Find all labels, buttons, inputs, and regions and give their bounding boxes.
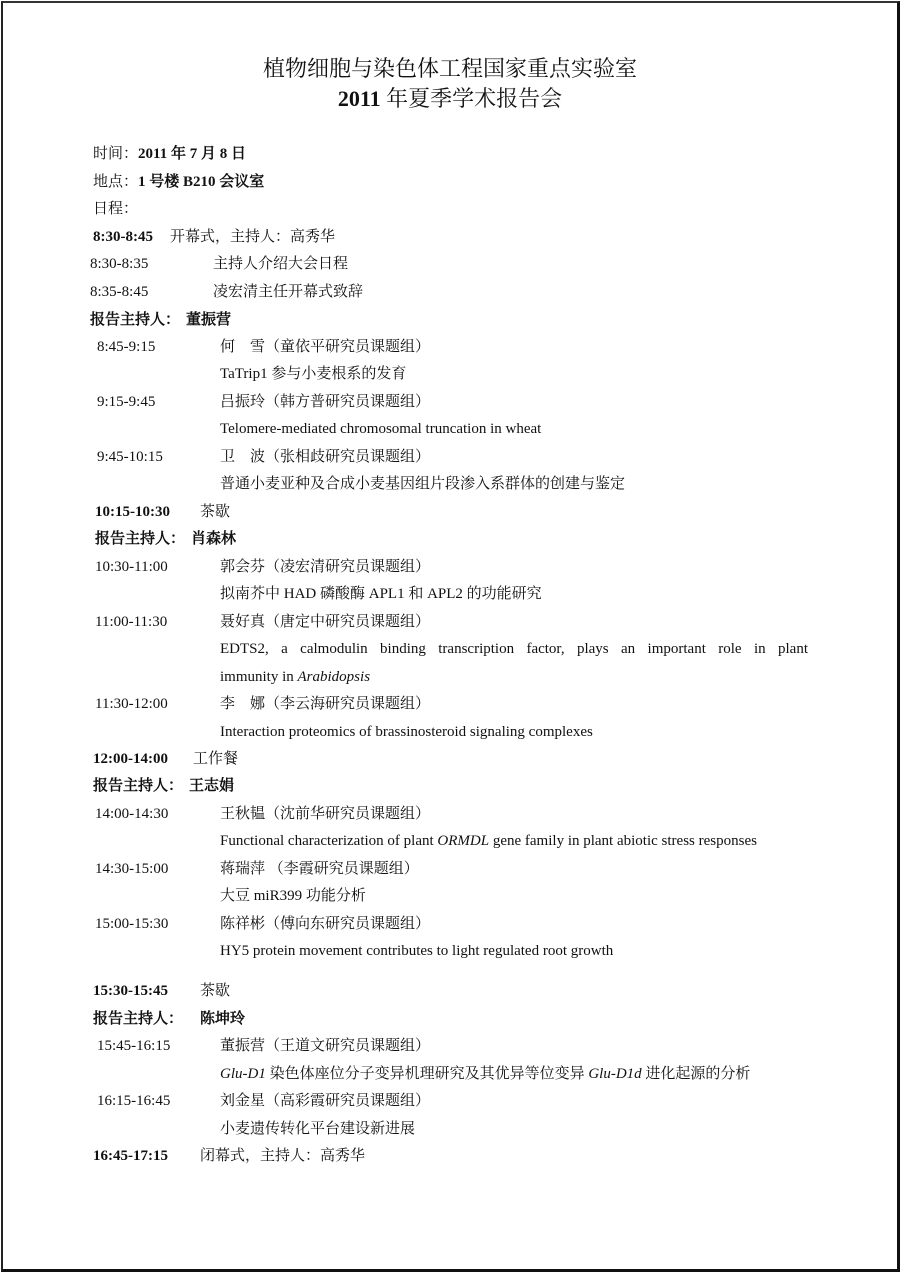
host-label: 报告主持人： [95,526,185,553]
break-row: 10:15-10:30 茶歇 [0,499,900,526]
talk-row: 10:30-11:00 郭会芬（凌宏清研究员课题组） [0,554,900,581]
schedule-line: 日程： [0,196,900,223]
subtitle-year: 2011 [338,86,381,111]
schedule-label: 日程： [93,196,138,223]
talk-row: 15:45-16:15 董振营（王道文研究员课题组） [0,1033,900,1060]
session-host-row: 报告主持人： 陈坤玲 [0,1006,900,1033]
talk-time: 9:15-9:45 [97,389,155,416]
talk-title-row: HY5 protein movement contributes to ligh… [0,938,900,965]
closing-time: 16:45-17:15 [93,1143,168,1170]
talk-speaker: 郭会芬（凌宏清研究员课题组） [220,554,430,581]
lunch-time: 12:00-14:00 [93,746,168,773]
host-label: 报告主持人： [93,1006,183,1033]
talk-time: 9:45-10:15 [97,444,163,471]
talk-title: 普通小麦亚种及合成小麦基因组片段渗入系群体的创建与鉴定 [220,471,625,498]
talk-speaker: 王秋韫（沈前华研究员课题组） [220,801,430,828]
talk-row: 8:45-9:15 何 雪（童依平研究员课题组） [0,334,900,361]
talk-time: 11:30-12:00 [95,691,168,718]
talk-time: 11:00-11:30 [95,609,167,636]
item-time: 8:30-8:35 [90,251,148,278]
title-text: 进化起源的分析 [642,1066,751,1082]
host-label: 报告主持人： [93,773,183,800]
talk-title-row: TaTrip1 参与小麦根系的发育 [0,361,900,388]
talk-speaker: 卫 波（张相歧研究员课题组） [220,444,430,471]
talk-speaker: 董振营（王道文研究员课题组） [220,1033,430,1060]
place-value: 1 号楼 B210 会议室 [138,174,264,190]
talk-time: 8:45-9:15 [97,334,155,361]
host-name: 董振营 [186,307,231,334]
break-time: 10:15-10:30 [95,499,170,526]
talk-row: 15:00-15:30 陈祥彬（傅向东研究员课题组） [0,911,900,938]
talk-row: 16:15-16:45 刘金星（高彩霞研究员课题组） [0,1088,900,1115]
item-time: 8:35-8:45 [90,279,148,306]
talk-row: 14:00-14:30 王秋韫（沈前华研究员课题组） [0,801,900,828]
talk-row: 11:00-11:30 聂好真（唐定中研究员课题组） [0,609,900,636]
subtitle-text: 年夏季学术报告会 [381,86,563,111]
host-name: 陈坤玲 [200,1006,245,1033]
document-title: 植物细胞与染色体工程国家重点实验室 [0,55,900,83]
talk-title-row: 小麦遗传转化平台建设新进展 [0,1116,900,1143]
document-subtitle: 2011 年夏季学术报告会 [0,85,900,113]
talk-speaker: 刘金星（高彩霞研究员课题组） [220,1088,430,1115]
place-line: 地点：1 号楼 B210 会议室 [0,169,900,196]
title-text: Functional characterization of plant [220,833,437,849]
closing-row: 16:45-17:15 闭幕式，主持人：高秀华 [0,1143,900,1170]
talk-time: 15:45-16:15 [97,1033,170,1060]
host-name: 王志娟 [189,773,234,800]
talk-row: 9:15-9:45 吕振玲（韩方普研究员课题组） [0,389,900,416]
talk-title-row: 拟南芥中 HAD 磷酸酶 APL1 和 APL2 的功能研究 [0,581,900,608]
break-row: 15:30-15:45 茶歇 [0,978,900,1005]
opening-time: 8:30-8:45 [93,224,153,251]
talk-title-row: Functional characterization of plant ORM… [0,828,900,855]
talk-time: 15:00-15:30 [95,911,168,938]
title-text: 染色体座位分子变异机理研究及其优异等位变异 [266,1066,589,1082]
opening-row: 8:30-8:45 开幕式，主持人：高秀华 [0,224,900,251]
schedule-row: 8:35-8:45 凌宏清主任开幕式致辞 [0,279,900,306]
break-text: 茶歇 [200,978,230,1005]
talk-title: HY5 protein movement contributes to ligh… [220,938,613,965]
talk-title-row: Telomere-mediated chromosomal truncation… [0,416,900,443]
talk-title-row: 大豆 miR399 功能分析 [0,883,900,910]
talk-title-row: 普通小麦亚种及合成小麦基因组片段渗入系群体的创建与鉴定 [0,471,900,498]
talk-time: 10:30-11:00 [95,554,168,581]
talk-speaker: 何 雪（童依平研究员课题组） [220,334,430,361]
schedule-row: 8:30-8:35 主持人介绍大会日程 [0,251,900,278]
title-text: gene family in plant abiotic stress resp… [489,833,757,849]
lunch-text: 工作餐 [193,746,238,773]
talk-title: 大豆 miR399 功能分析 [220,883,366,910]
date-value: 2011 年 7 月 8 日 [138,146,246,162]
lunch-row: 12:00-14:00 工作餐 [0,746,900,773]
place-label: 地点： [93,174,138,190]
session-host-row: 报告主持人： 董振营 [0,307,900,334]
talk-row: 9:45-10:15 卫 波（张相歧研究员课题组） [0,444,900,471]
talk-title: 小麦遗传转化平台建设新进展 [220,1116,415,1143]
talk-title-cont: immunity in Arabidopsis [220,664,370,691]
title-italic: Glu-D1 [220,1066,266,1082]
title-text: immunity in [220,669,298,685]
talk-title: TaTrip1 参与小麦根系的发育 [220,361,406,388]
talk-time: 16:15-16:45 [97,1088,170,1115]
host-label: 报告主持人： [90,307,180,334]
talk-title: EDTS2, a calmodulin binding transcriptio… [220,636,808,663]
talk-title: Telomere-mediated chromosomal truncation… [220,416,541,443]
date-label: 时间： [93,146,138,162]
talk-speaker: 陈祥彬（傅向东研究员课题组） [220,911,430,938]
title-italic: Arabidopsis [298,669,371,685]
talk-row: 14:30-15:00 蒋瑞萍 （李霞研究员课题组） [0,856,900,883]
session-host-row: 报告主持人： 肖森林 [0,526,900,553]
talk-time: 14:30-15:00 [95,856,168,883]
break-time: 15:30-15:45 [93,978,168,1005]
host-name: 肖森林 [191,526,236,553]
talk-speaker: 蒋瑞萍 （李霞研究员课题组） [220,856,419,883]
opening-text: 开幕式，主持人：高秀华 [170,224,335,251]
talk-time: 14:00-14:30 [95,801,168,828]
talk-title: 拟南芥中 HAD 磷酸酶 APL1 和 APL2 的功能研究 [220,581,542,608]
talk-title-row: EDTS2, a calmodulin binding transcriptio… [0,636,900,663]
title-italic: Glu-D1d [588,1066,641,1082]
closing-text: 闭幕式，主持人：高秀华 [200,1143,365,1170]
talk-title-row: immunity in Arabidopsis [0,664,900,691]
talk-speaker: 聂好真（唐定中研究员课题组） [220,609,430,636]
talk-speaker: 李 娜（李云海研究员课题组） [220,691,430,718]
item-text: 主持人介绍大会日程 [213,251,348,278]
talk-title-row: Interaction proteomics of brassinosteroi… [0,719,900,746]
talk-speaker: 吕振玲（韩方普研究员课题组） [220,389,430,416]
break-text: 茶歇 [200,499,230,526]
talk-row: 11:30-12:00 李 娜（李云海研究员课题组） [0,691,900,718]
item-text: 凌宏清主任开幕式致辞 [213,279,363,306]
talk-title: Interaction proteomics of brassinosteroi… [220,719,593,746]
talk-title: Functional characterization of plant ORM… [220,828,757,855]
talk-title-row: Glu-D1 染色体座位分子变异机理研究及其优异等位变异 Glu-D1d 进化起… [0,1061,900,1088]
talk-title: Glu-D1 染色体座位分子变异机理研究及其优异等位变异 Glu-D1d 进化起… [220,1061,750,1088]
date-line: 时间：2011 年 7 月 8 日 [0,141,900,168]
session-host-row: 报告主持人： 王志娟 [0,773,900,800]
title-italic: ORMDL [437,833,489,849]
